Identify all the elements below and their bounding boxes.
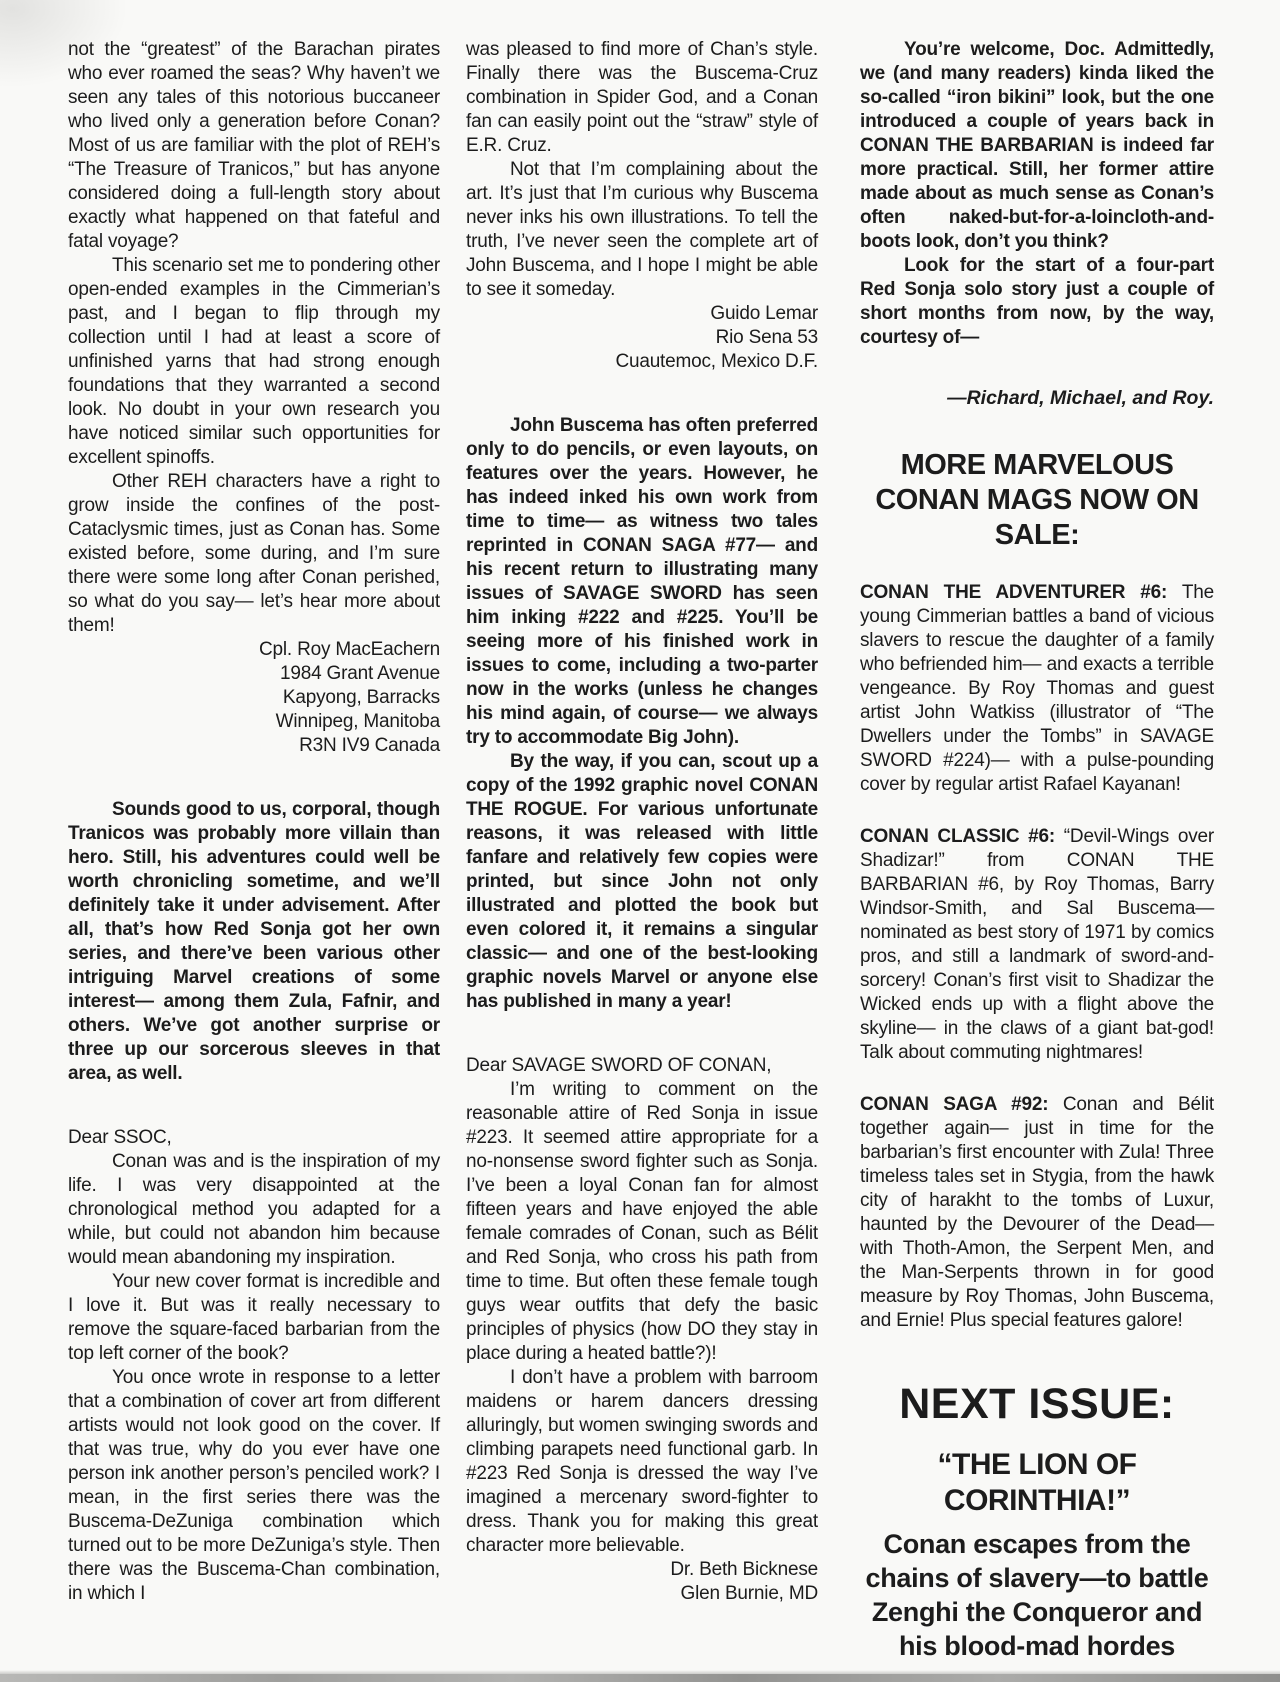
letter-paragraph: Conan was and is the inspiration of my l… (68, 1150, 440, 1270)
letter-paragraph: I’m writing to comment on the reasonable… (466, 1078, 818, 1366)
editor-reply-paragraph: Sounds good to us, corporal, though Tran… (68, 798, 440, 1086)
mag-description: “Devil-Wings over Shadizar!” from CONAN … (860, 826, 1214, 1063)
mag-description: Conan and Bélit together again— just in … (860, 1094, 1214, 1331)
mag-title: CONAN THE ADVENTURER #6: (860, 582, 1167, 603)
address-line: Dr. Beth Bicknese (466, 1558, 818, 1582)
letters-columns: not the “greatest” of the Barachan pirat… (0, 0, 1280, 1663)
letter-paragraph: You once wrote in response to a letter t… (68, 1366, 440, 1606)
on-sale-heading: MORE MARVELOUS CONAN MAGS NOW ON SALE: (860, 448, 1214, 553)
mag-listing: CONAN THE ADVENTURER #6: The young Cimme… (860, 581, 1214, 797)
address-line: Kapyong, Barracks (68, 686, 440, 710)
address-line: Rio Sena 53 (466, 326, 818, 350)
editors-byline: —Richard, Michael, and Roy. (860, 386, 1214, 410)
editor-reply-paragraph: Look for the start of a four-part Red So… (860, 254, 1214, 350)
address-line: Guido Lemar (466, 302, 818, 326)
mag-title: CONAN SAGA #92: (860, 1094, 1048, 1115)
column-2: was pleased to find more of Chan’s style… (466, 38, 818, 1606)
scan-edge-strip (0, 1674, 1280, 1682)
address-line: R3N IV9 Canada (68, 734, 440, 758)
editor-reply-paragraph: John Buscema has often preferred only to… (466, 414, 818, 750)
mag-description: The young Cimmerian battles a band of vi… (860, 582, 1214, 795)
address-line: 1984 Grant Avenue (68, 662, 440, 686)
address-line: Glen Burnie, MD (466, 1582, 818, 1606)
letter-paragraph: Dear SSOC, (68, 1126, 440, 1150)
letter-paragraph: Not that I’m complaining about the art. … (466, 158, 818, 302)
address-block: Dr. Beth BickneseGlen Burnie, MD (466, 1558, 818, 1606)
letter-paragraph: I don’t have a problem with barroom maid… (466, 1366, 818, 1558)
column-3: You’re welcome, Doc. Admittedly, we (and… (860, 38, 1214, 1663)
next-issue-blurb: Conan escapes from the chains of slavery… (860, 1527, 1214, 1663)
letter-paragraph: Dear SAVAGE SWORD OF CONAN, (466, 1054, 818, 1078)
editor-reply-paragraph: By the way, if you can, scout up a copy … (466, 750, 818, 1014)
mag-listing: CONAN SAGA #92: Conan and Bélit together… (860, 1093, 1214, 1333)
next-issue-heading: NEXT ISSUE: (860, 1381, 1214, 1427)
letters-page: not the “greatest” of the Barachan pirat… (0, 0, 1280, 1682)
address-line: Cpl. Roy MacEachern (68, 638, 440, 662)
next-issue-title: “THE LION OF CORINTHIA!” (860, 1447, 1214, 1519)
letter-paragraph: Other REH characters have a right to gro… (68, 470, 440, 638)
address-line: Cuautemoc, Mexico D.F. (466, 350, 818, 374)
address-block: Guido LemarRio Sena 53Cuautemoc, Mexico … (466, 302, 818, 374)
editor-reply-paragraph: You’re welcome, Doc. Admittedly, we (and… (860, 38, 1214, 254)
letter-paragraph: was pleased to find more of Chan’s style… (466, 38, 818, 158)
mag-listing: CONAN CLASSIC #6: “Devil-Wings over Shad… (860, 825, 1214, 1065)
address-line: Winnipeg, Manitoba (68, 710, 440, 734)
column-1: not the “greatest” of the Barachan pirat… (68, 38, 440, 1606)
address-block: Cpl. Roy MacEachern1984 Grant AvenueKapy… (68, 638, 440, 758)
letter-paragraph: This scenario set me to pondering other … (68, 254, 440, 470)
mag-title: CONAN CLASSIC #6: (860, 826, 1055, 847)
letter-paragraph: Your new cover format is incredible and … (68, 1270, 440, 1366)
letter-paragraph: not the “greatest” of the Barachan pirat… (68, 38, 440, 254)
